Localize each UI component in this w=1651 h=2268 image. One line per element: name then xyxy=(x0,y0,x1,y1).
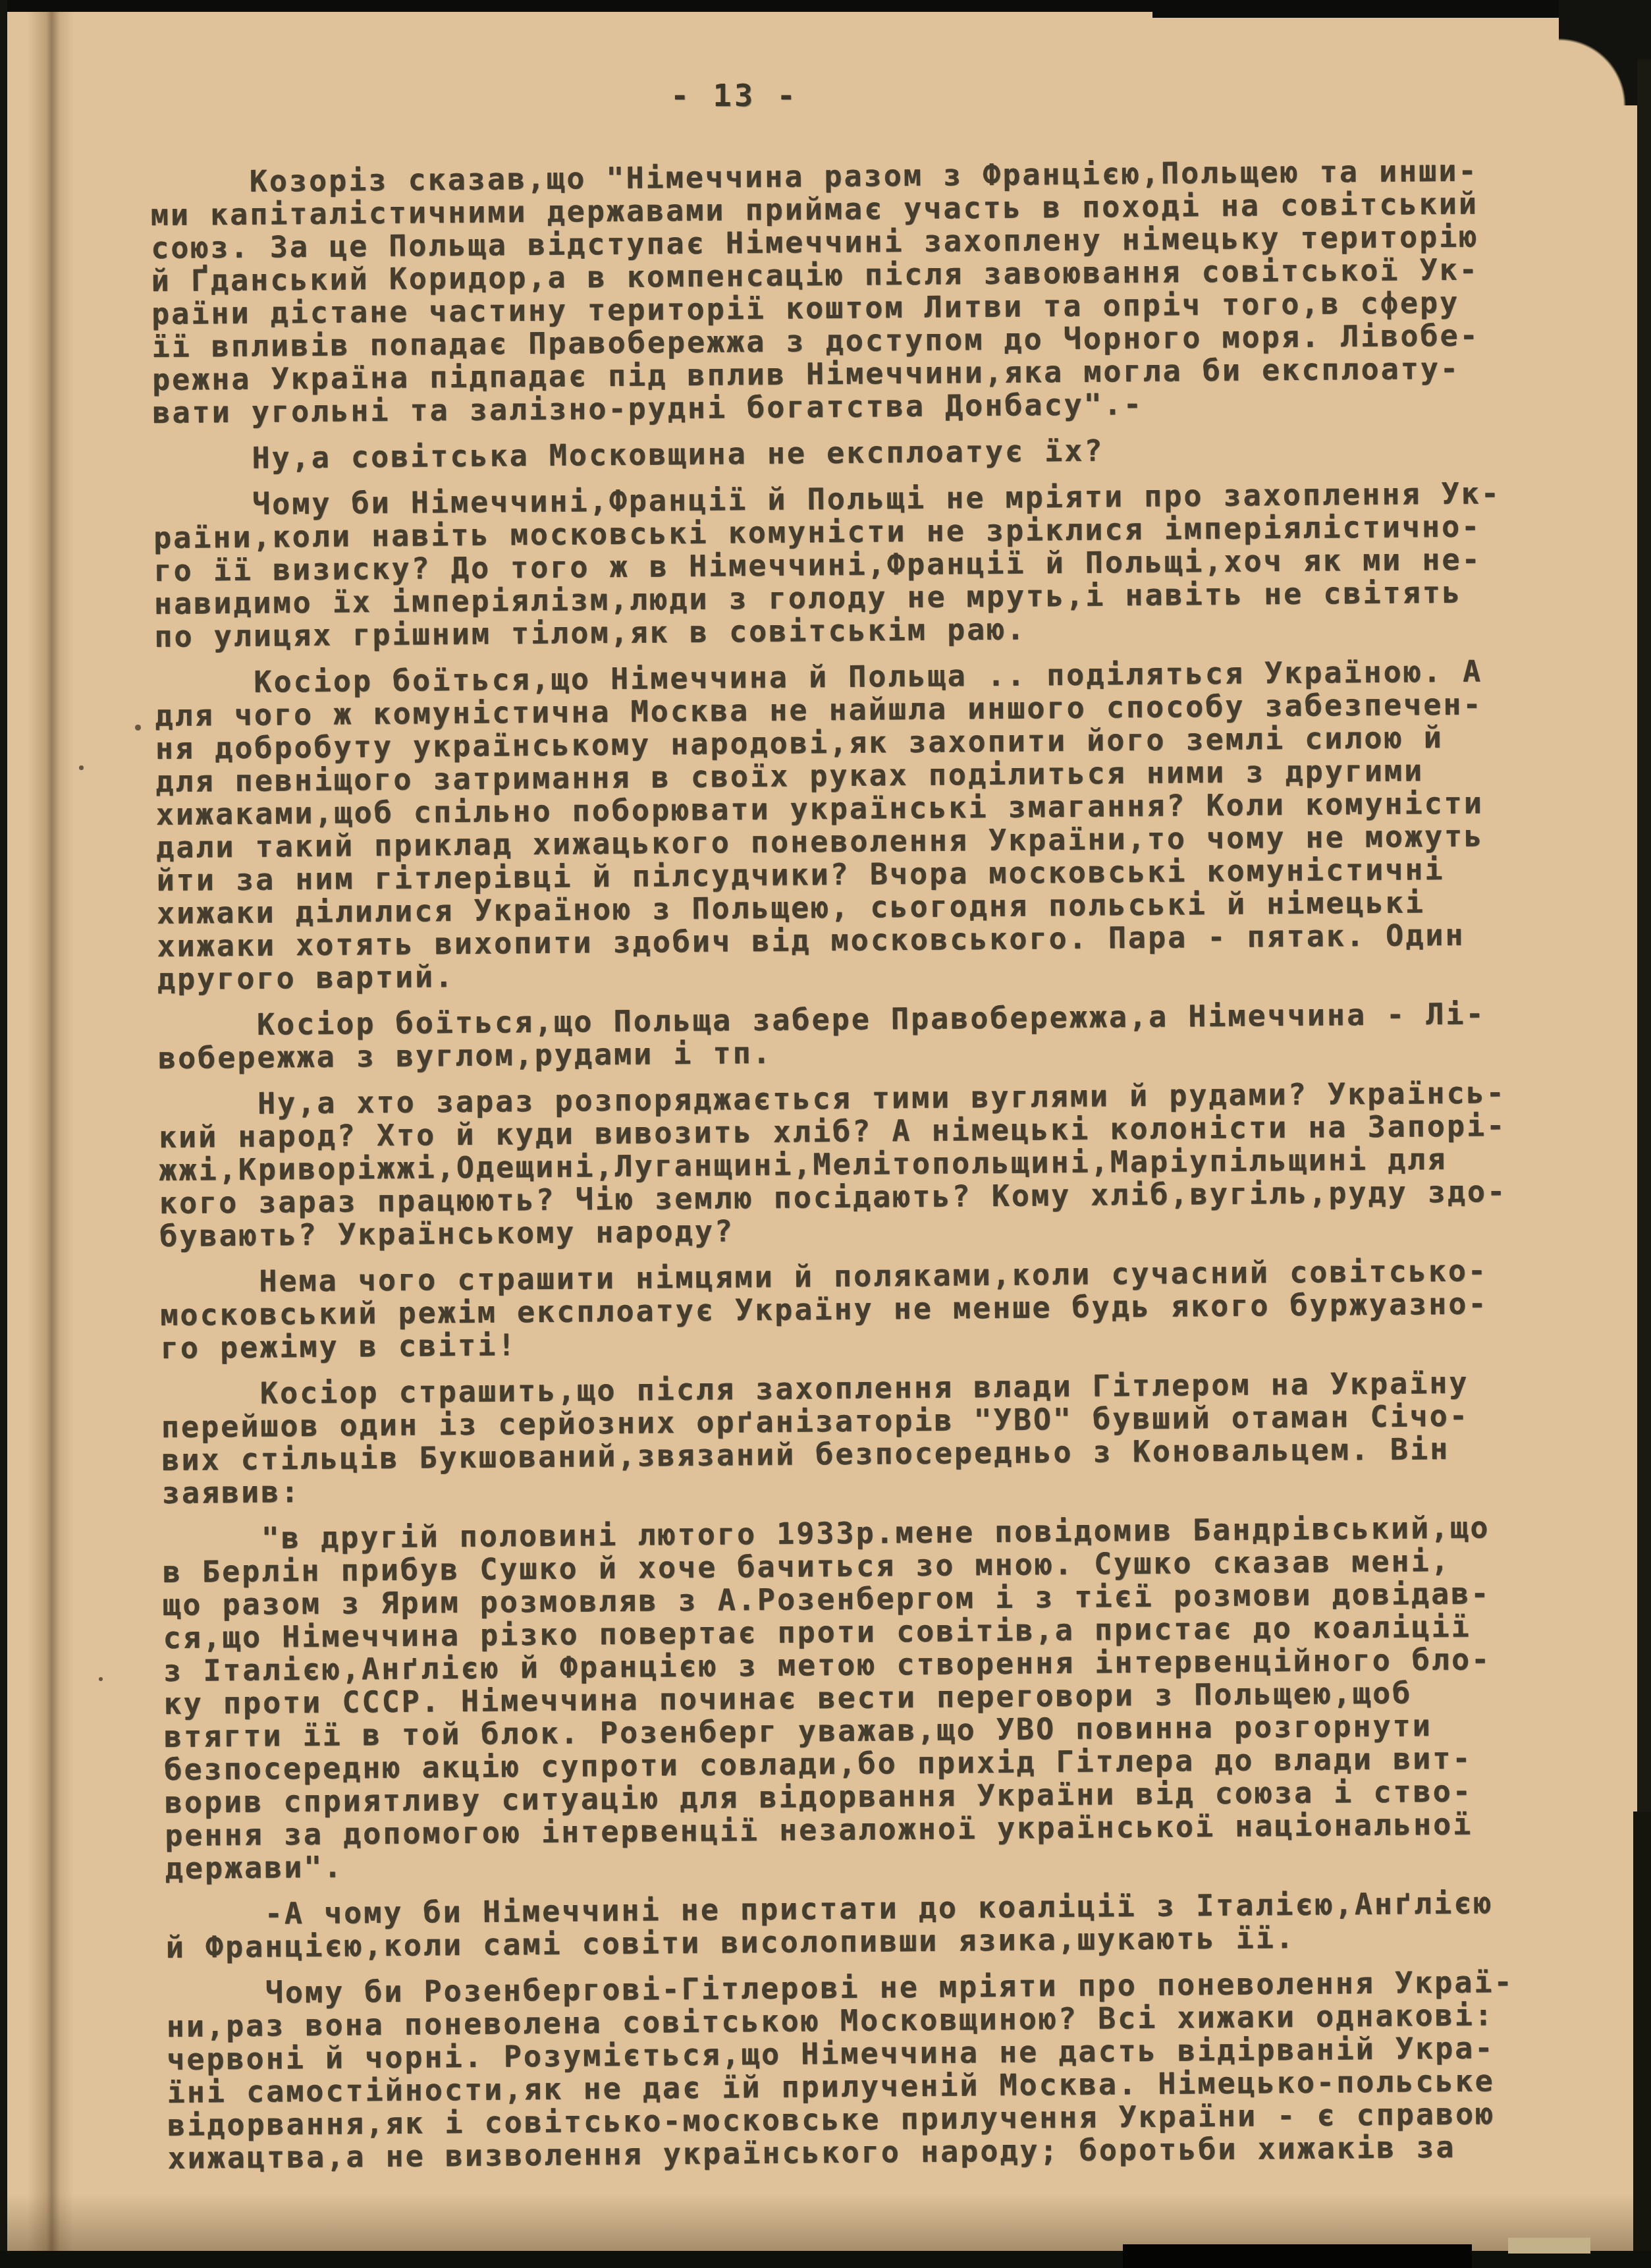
ink-speck xyxy=(79,765,84,770)
ink-speck xyxy=(99,1677,103,1681)
scan-border-bottom-dark-rect xyxy=(1123,2244,1472,2268)
page-number: - 13 - xyxy=(670,78,798,114)
scan-border-right-lower xyxy=(1633,1812,1651,2268)
scan-border-bottom-light-patch xyxy=(1508,2238,1590,2254)
text-line: Ну,а совітська Московщина не експлоатує … xyxy=(153,430,1549,475)
ink-speck xyxy=(135,725,141,731)
scan-border-left xyxy=(0,0,7,2268)
binding-crease-shadow xyxy=(28,0,74,2268)
typewritten-text-block: Козоріз сказав,що "Німеччина разом з Фра… xyxy=(150,140,1564,2174)
